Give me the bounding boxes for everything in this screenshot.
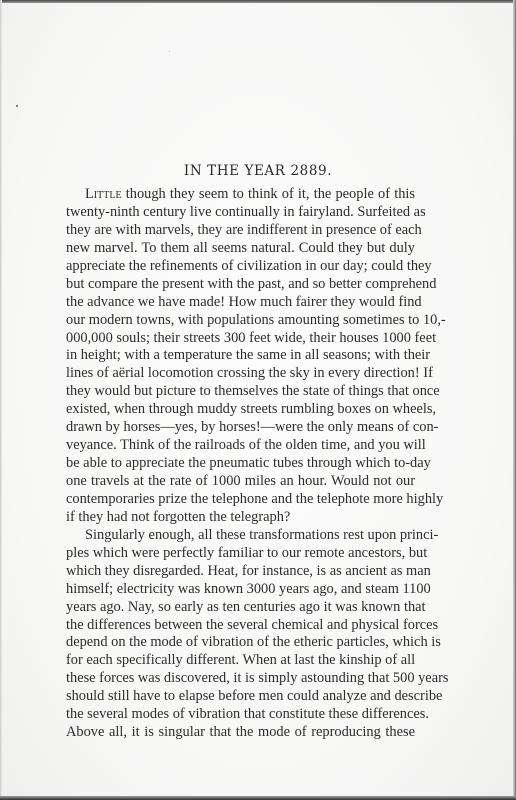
text-line: drawn by horses—yes, by horses!—were the…: [47, 419, 415, 437]
text-line: existed, when through muddy streets rumb…: [47, 401, 415, 419]
text-line: depend on the mode of vibration of the e…: [47, 634, 415, 652]
text-line: one travels at the rate of 1000 miles an…: [47, 473, 415, 491]
ink-speck: [169, 51, 170, 52]
text-line: should still have to elapse before men c…: [47, 688, 415, 706]
paragraph-1: Little though they seem to think of it, …: [47, 186, 415, 527]
text-line: new marvel. To them all seems natural. C…: [47, 240, 415, 258]
text-line: contemporaries prize the telephone and t…: [47, 491, 415, 509]
text-line: lines of aërial locomotion crossing the …: [47, 365, 415, 383]
text-line: be able to appreciate the pneumatic tube…: [47, 455, 415, 473]
text-line: ples which were perfectly familiar to ou…: [47, 545, 415, 563]
text-line: the advance we have made! How much faire…: [47, 294, 415, 312]
text-line: in height; with a temperature the same i…: [47, 347, 415, 365]
paragraph-2: Singularly enough, all these transformat…: [47, 527, 415, 742]
text-line: the several modes of vibration that cons…: [47, 706, 415, 724]
ink-speck: [16, 105, 18, 107]
text-line: Little though they seem to think of it, …: [47, 186, 415, 204]
text-line: our modern towns, with populations amoun…: [47, 312, 415, 330]
text-line: they are with marvels, they are indiffer…: [47, 222, 415, 240]
lead-word: Little: [85, 186, 122, 202]
chapter-title: IN THE YEAR 2889.: [0, 163, 516, 179]
text-line: they would but picture to themselves the…: [47, 383, 415, 401]
text-line: appreciate the refinements of civilizati…: [47, 258, 415, 276]
text-line: 000,000 souls; their streets 300 feet wi…: [47, 330, 415, 348]
text-line: Singularly enough, all these transformat…: [47, 527, 415, 545]
text-line: the differences between the several chem…: [47, 617, 415, 635]
page-top-edge: [0, 0, 516, 3]
text-line: these forces was discovered, it is simpl…: [47, 670, 415, 688]
text-line: if they had not forgotten the telegraph?: [47, 509, 415, 527]
text-line: for each specifically different. When at…: [47, 652, 415, 670]
page-left-edge: [0, 0, 2, 800]
text-line: veyance. Think of the railroads of the o…: [47, 437, 415, 455]
text-line: Above all, it is singular that the mode …: [47, 724, 415, 742]
book-page: IN THE YEAR 2889. Little though they see…: [0, 0, 516, 800]
text-line: years ago. Nay, so early as ten centurie…: [47, 599, 415, 617]
text-line: twenty-ninth century live continually in…: [47, 204, 415, 222]
text-line: himself; electricity was known 3000 year…: [47, 581, 415, 599]
body-text: Little though they seem to think of it, …: [47, 186, 415, 742]
text-line: but compare the present with the past, a…: [47, 276, 415, 294]
text-line: which they disregarded. Heat, for instan…: [47, 563, 415, 581]
page-bottom-edge: [0, 796, 516, 800]
